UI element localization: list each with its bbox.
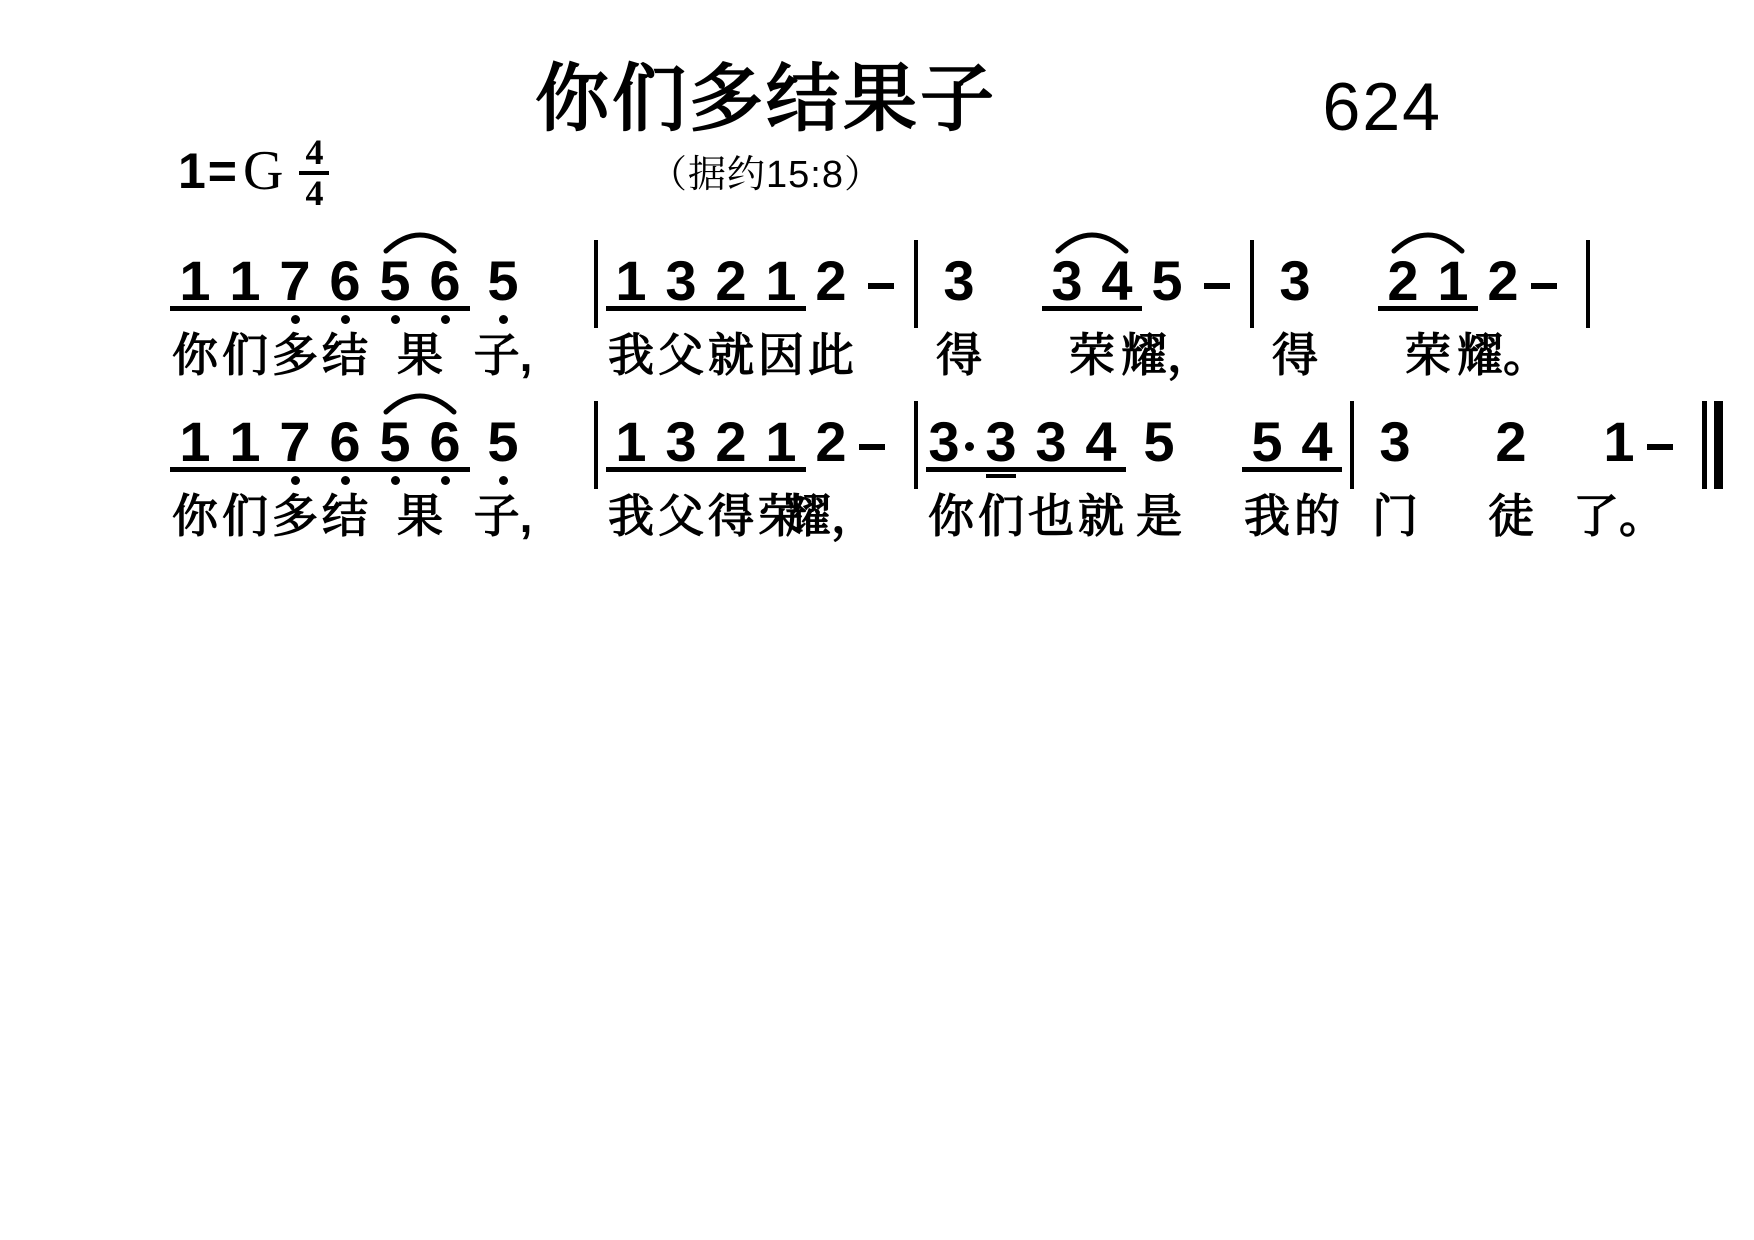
note-digit: 2 [715, 256, 746, 306]
note-slot: 2 [706, 254, 756, 306]
note-group: 1了。 [1594, 389, 1694, 540]
note-group: 5是 [1134, 389, 1234, 540]
dash-note [1204, 283, 1230, 289]
note-digit: 5 [1143, 417, 1174, 467]
lyric-char: 多 [270, 490, 320, 540]
key-signature: 1= G 4 4 [178, 132, 329, 209]
note-digit: 6 [329, 417, 360, 467]
note-digit: 2 [1387, 256, 1418, 306]
note-group: 5耀， [1142, 228, 1242, 379]
note-digit: 7 [279, 256, 310, 306]
note-slot [1528, 254, 1560, 306]
lyric-char: 耀。 [1478, 329, 1528, 379]
lyric-spacer [1192, 329, 1242, 379]
barline-stroke [1714, 401, 1723, 489]
note-slot: 1 [756, 415, 806, 467]
barline [1250, 228, 1254, 328]
lyric-spacer [1644, 490, 1694, 540]
low-octave-dot [291, 476, 300, 485]
dash-note [1531, 283, 1557, 289]
note-slot: 3 [656, 415, 706, 467]
note-digit: 4 [1301, 417, 1332, 467]
note-group: 11你们 [170, 389, 270, 540]
note-slot: 3 [1042, 254, 1092, 306]
barline-stroke [1702, 401, 1707, 489]
note-slot: 5 [370, 254, 420, 306]
note-slot: 3 [934, 254, 984, 306]
note-slot: 1 [220, 254, 270, 306]
note-digit: 2 [815, 417, 846, 467]
note-slot [1644, 415, 1676, 467]
note-group: 11你们 [170, 228, 270, 379]
note-digit: 1 [765, 417, 796, 467]
note-slot: 7 [270, 415, 320, 467]
note-digit: 7 [279, 417, 310, 467]
note-digit: 3 [665, 256, 696, 306]
note-digit: 1 [1603, 417, 1634, 467]
note-digit: 5 [379, 256, 410, 306]
note-group: 76多结 [270, 389, 370, 540]
note-slot: 2 [1378, 254, 1428, 306]
barline-stroke [1586, 240, 1590, 328]
lyric-char: 我 [606, 490, 656, 540]
augmentation-dot [965, 442, 974, 451]
note-digit: 5 [487, 417, 518, 467]
note-digit: 1 [765, 256, 796, 306]
music-line-1: 11你们76多结56果5子,13我父21就因2此3得34荣5耀，3得21荣2耀。 [170, 228, 1442, 379]
note-slot [1192, 254, 1242, 306]
hymn-title: 你们多结果子 [535, 58, 997, 139]
note-digit: 2 [715, 417, 746, 467]
key-tonic: G [243, 139, 283, 203]
lyric-char: 你 [926, 490, 976, 540]
note-digit: 1 [615, 256, 646, 306]
note-digit: 1 [229, 256, 260, 306]
music-line-2: 11你们76多结56果5子,13我父21得荣2耀，33你们34也就5是54我的3… [170, 389, 1442, 540]
note-digit: 3 [985, 417, 1016, 467]
note-slot: 1 [170, 415, 220, 467]
music-block: 11你们76多结56果5子,13我父21就因2此3得34荣5耀，3得21荣2耀。… [170, 228, 1442, 540]
note-group: 13我父 [606, 389, 706, 540]
note-digit: 3 [1035, 417, 1066, 467]
note-slot: 3 [926, 415, 976, 467]
note-digit: 1 [1437, 256, 1468, 306]
lyric-spacer [1528, 329, 1578, 379]
note-group: 2徒 [1486, 389, 1586, 540]
header: 1= G 4 4 你们多结果子 （据约15:8） 624 [170, 58, 1442, 210]
note-slot: 6 [320, 254, 370, 306]
meter-denominator: 4 [299, 175, 329, 212]
note-digit: 6 [429, 417, 460, 467]
note-slot: 6 [320, 415, 370, 467]
note-slot: 1 [606, 415, 656, 467]
lyric-char: 父 [656, 490, 706, 540]
dash-note [868, 283, 894, 289]
note-group: 56果 [370, 389, 470, 540]
note-slot: 5 [370, 415, 420, 467]
low-octave-dot [341, 476, 350, 485]
meter-numerator: 4 [299, 134, 329, 175]
note-digit: 6 [329, 256, 360, 306]
key-prefix: 1= [178, 142, 239, 200]
lyric-char: 就 [1076, 490, 1126, 540]
lyric-char: 的 [1292, 490, 1342, 540]
low-octave-dot [291, 315, 300, 324]
note-slot: 3 [656, 254, 706, 306]
barline-stroke [1250, 240, 1254, 328]
lyric-char: 你 [170, 329, 220, 379]
note-digit: 3 [943, 256, 974, 306]
lyric-char: 果 [370, 490, 470, 540]
note-digit: 3 [665, 417, 696, 467]
low-octave-dot [341, 315, 350, 324]
note-slot: 2 [806, 254, 856, 306]
note-slot: 2 [806, 415, 856, 467]
lyric-char: 也 [1026, 490, 1076, 540]
sixteenth-beam [986, 474, 1016, 478]
lyric-char: 得 [934, 329, 984, 379]
note-group: 3得 [934, 228, 1034, 379]
note-slot: 5 [1134, 415, 1184, 467]
lyric-char: 耀， [806, 490, 856, 540]
low-octave-dot [441, 476, 450, 485]
note-digit: 4 [1085, 417, 1116, 467]
note-group: 2此 [806, 228, 906, 379]
note-slot: 5 [1142, 254, 1192, 306]
lyric-char: 我 [1242, 490, 1292, 540]
time-signature: 4 4 [299, 134, 329, 211]
note-slot: 3 [1270, 254, 1320, 306]
lyric-char: 因 [756, 329, 806, 379]
note-slot: 6 [420, 254, 470, 306]
lyric-char: 你 [170, 490, 220, 540]
note-slot: 2 [706, 415, 756, 467]
note-group: 56果 [370, 228, 470, 379]
lyric-char: 们 [220, 329, 270, 379]
lyric-spacer [856, 490, 906, 540]
scripture-reference: （据约15:8） [535, 143, 997, 198]
lyric-char: 是 [1134, 490, 1184, 540]
note-digit: 2 [1495, 417, 1526, 467]
note-slot: 1 [170, 254, 220, 306]
note-group: 5子, [478, 228, 578, 379]
note-slot: 3 [1026, 415, 1076, 467]
lyric-char: 们 [976, 490, 1026, 540]
note-digit: 5 [487, 256, 518, 306]
note-slot: 1 [606, 254, 656, 306]
note-slot: 1 [756, 254, 806, 306]
barline [594, 228, 598, 328]
lyric-char: 们 [220, 490, 270, 540]
lyric-char: 耀， [1142, 329, 1192, 379]
note-group: 21就因 [706, 228, 806, 379]
note-digit: 2 [815, 256, 846, 306]
lyric-char: 多 [270, 329, 320, 379]
lyric-char: 得 [706, 490, 756, 540]
note-slot: 4 [1092, 254, 1142, 306]
low-octave-dot [499, 476, 508, 485]
lyric-char: 了。 [1594, 490, 1644, 540]
low-octave-dot [499, 315, 508, 324]
lyric-char: 就 [706, 329, 756, 379]
note-group: 2耀。 [1478, 228, 1578, 379]
dash-note [859, 444, 885, 450]
note-slot: 4 [1076, 415, 1126, 467]
final-barline [1702, 389, 1723, 489]
note-digit: 1 [229, 417, 260, 467]
lyric-char: 结 [320, 490, 370, 540]
note-group: 13我父 [606, 228, 706, 379]
note-digit: 5 [379, 417, 410, 467]
lyric-char: 门 [1370, 490, 1420, 540]
note-slot: 7 [270, 254, 320, 306]
note-digit: 1 [615, 417, 646, 467]
barline-stroke [1350, 401, 1354, 489]
barline [914, 389, 918, 489]
note-digit: 1 [179, 417, 210, 467]
note-digit: 1 [179, 256, 210, 306]
note-group: 33你们 [926, 389, 1026, 540]
barline-stroke [914, 240, 918, 328]
note-group: 3得 [1270, 228, 1370, 379]
lyric-char: 此 [806, 329, 856, 379]
lyric-spacer [856, 329, 906, 379]
note-slot: 1 [220, 415, 270, 467]
note-slot: 5 [478, 254, 528, 306]
note-digit: 4 [1101, 256, 1132, 306]
low-octave-dot [391, 315, 400, 324]
note-digit: 2 [1487, 256, 1518, 306]
note-slot: 5 [478, 415, 528, 467]
note-digit: 5 [1151, 256, 1182, 306]
lyric-char: 子, [478, 490, 528, 540]
note-digit: 3 [1051, 256, 1082, 306]
note-slot: 1 [1428, 254, 1478, 306]
note-slot: 4 [1292, 415, 1342, 467]
lyric-char: 结 [320, 329, 370, 379]
note-slot: 6 [420, 415, 470, 467]
barline-stroke [914, 401, 918, 489]
note-group: 34也就 [1026, 389, 1126, 540]
barline [1350, 389, 1354, 489]
lyric-char: 徒 [1486, 490, 1536, 540]
lyric-char: 我 [606, 329, 656, 379]
low-octave-dot [391, 476, 400, 485]
note-slot [856, 254, 906, 306]
note-digit: 3 [1279, 256, 1310, 306]
note-slot: 2 [1486, 415, 1536, 467]
barline [1586, 228, 1590, 328]
dash-note [1647, 444, 1673, 450]
note-slot [856, 415, 888, 467]
note-digit: 6 [429, 256, 460, 306]
note-slot: 3 [976, 415, 1026, 467]
barline [914, 228, 918, 328]
barline [594, 389, 598, 489]
note-slot: 2 [1478, 254, 1528, 306]
barline-stroke [594, 240, 598, 328]
note-group: 54我的 [1242, 389, 1342, 540]
hymn-page: 1= G 4 4 你们多结果子 （据约15:8） 624 11你们76多结56果… [170, 58, 1442, 540]
note-group: 2耀， [806, 389, 906, 540]
note-slot: 3 [1370, 415, 1420, 467]
lyric-char: 得 [1270, 329, 1320, 379]
lyric-char: 子, [478, 329, 528, 379]
lyric-char: 果 [370, 329, 470, 379]
note-group: 3门 [1370, 389, 1470, 540]
note-slot: 1 [1594, 415, 1644, 467]
note-digit: 3 [1379, 417, 1410, 467]
note-group: 76多结 [270, 228, 370, 379]
low-octave-dot [441, 315, 450, 324]
title-block: 你们多结果子 （据约15:8） [535, 58, 997, 198]
note-digit: 3 [928, 417, 959, 467]
barline-stroke [594, 401, 598, 489]
lyric-char: 父 [656, 329, 706, 379]
hymn-number: 624 [1323, 68, 1442, 146]
note-digit: 5 [1251, 417, 1282, 467]
note-group: 5子, [478, 389, 578, 540]
note-slot: 5 [1242, 415, 1292, 467]
